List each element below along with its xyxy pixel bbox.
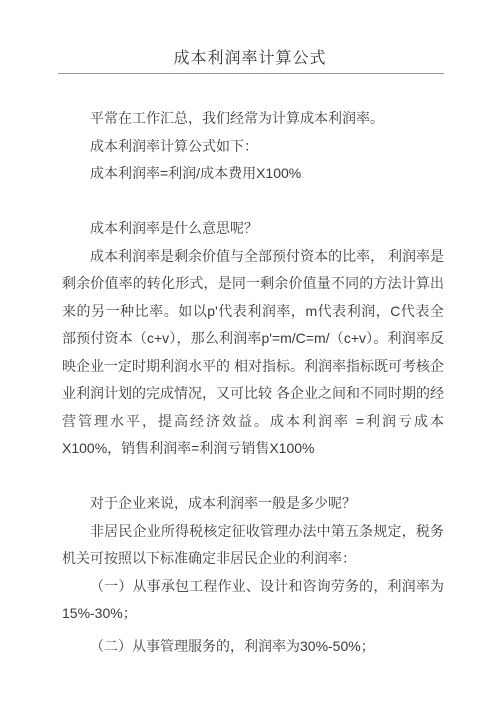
paragraph-question-typical-rate: 对于企业来说，成本利润率一般是多少呢？ (62, 490, 444, 518)
document-page: 成本利润率计算公式 平常在工作汇总，我们经常为计算成本利润率。 成本利润率计算公… (0, 0, 500, 707)
paragraph-intro: 平常在工作汇总，我们经常为计算成本利润率。 (62, 105, 444, 133)
document-title: 成本利润率计算公式 (0, 50, 500, 68)
document-body: 平常在工作汇总，我们经常为计算成本利润率。 成本利润率计算公式如下： 成本利润率… (62, 105, 444, 660)
paragraph-definition: 成本利润率是剩余价值与全部预付资本的比率， 利润率是剩余价值率的转化形式，是同一… (62, 243, 444, 463)
paragraph-question-meaning: 成本利润率是什么意思呢？ (62, 215, 444, 243)
title-divider (58, 73, 444, 74)
document-header: 成本利润率计算公式 (0, 0, 500, 74)
paragraph-formula-lead: 成本利润率计算公式如下： (62, 133, 444, 161)
paragraph-regulation: 非居民企业所得税核定征收管理办法中第五条规定，税务机关可按照以下标准确定非居民企… (62, 518, 444, 573)
paragraph-formula: 成本利润率=利润/成本费用X100% (62, 160, 444, 188)
paragraph-list-item-1: （一）从事承包工程作业、设计和咨询劳务的，利润率为 15%-30%； (62, 573, 444, 628)
paragraph-list-item-2: （二）从事管理服务的，利润率为30%-50%； (62, 633, 444, 661)
